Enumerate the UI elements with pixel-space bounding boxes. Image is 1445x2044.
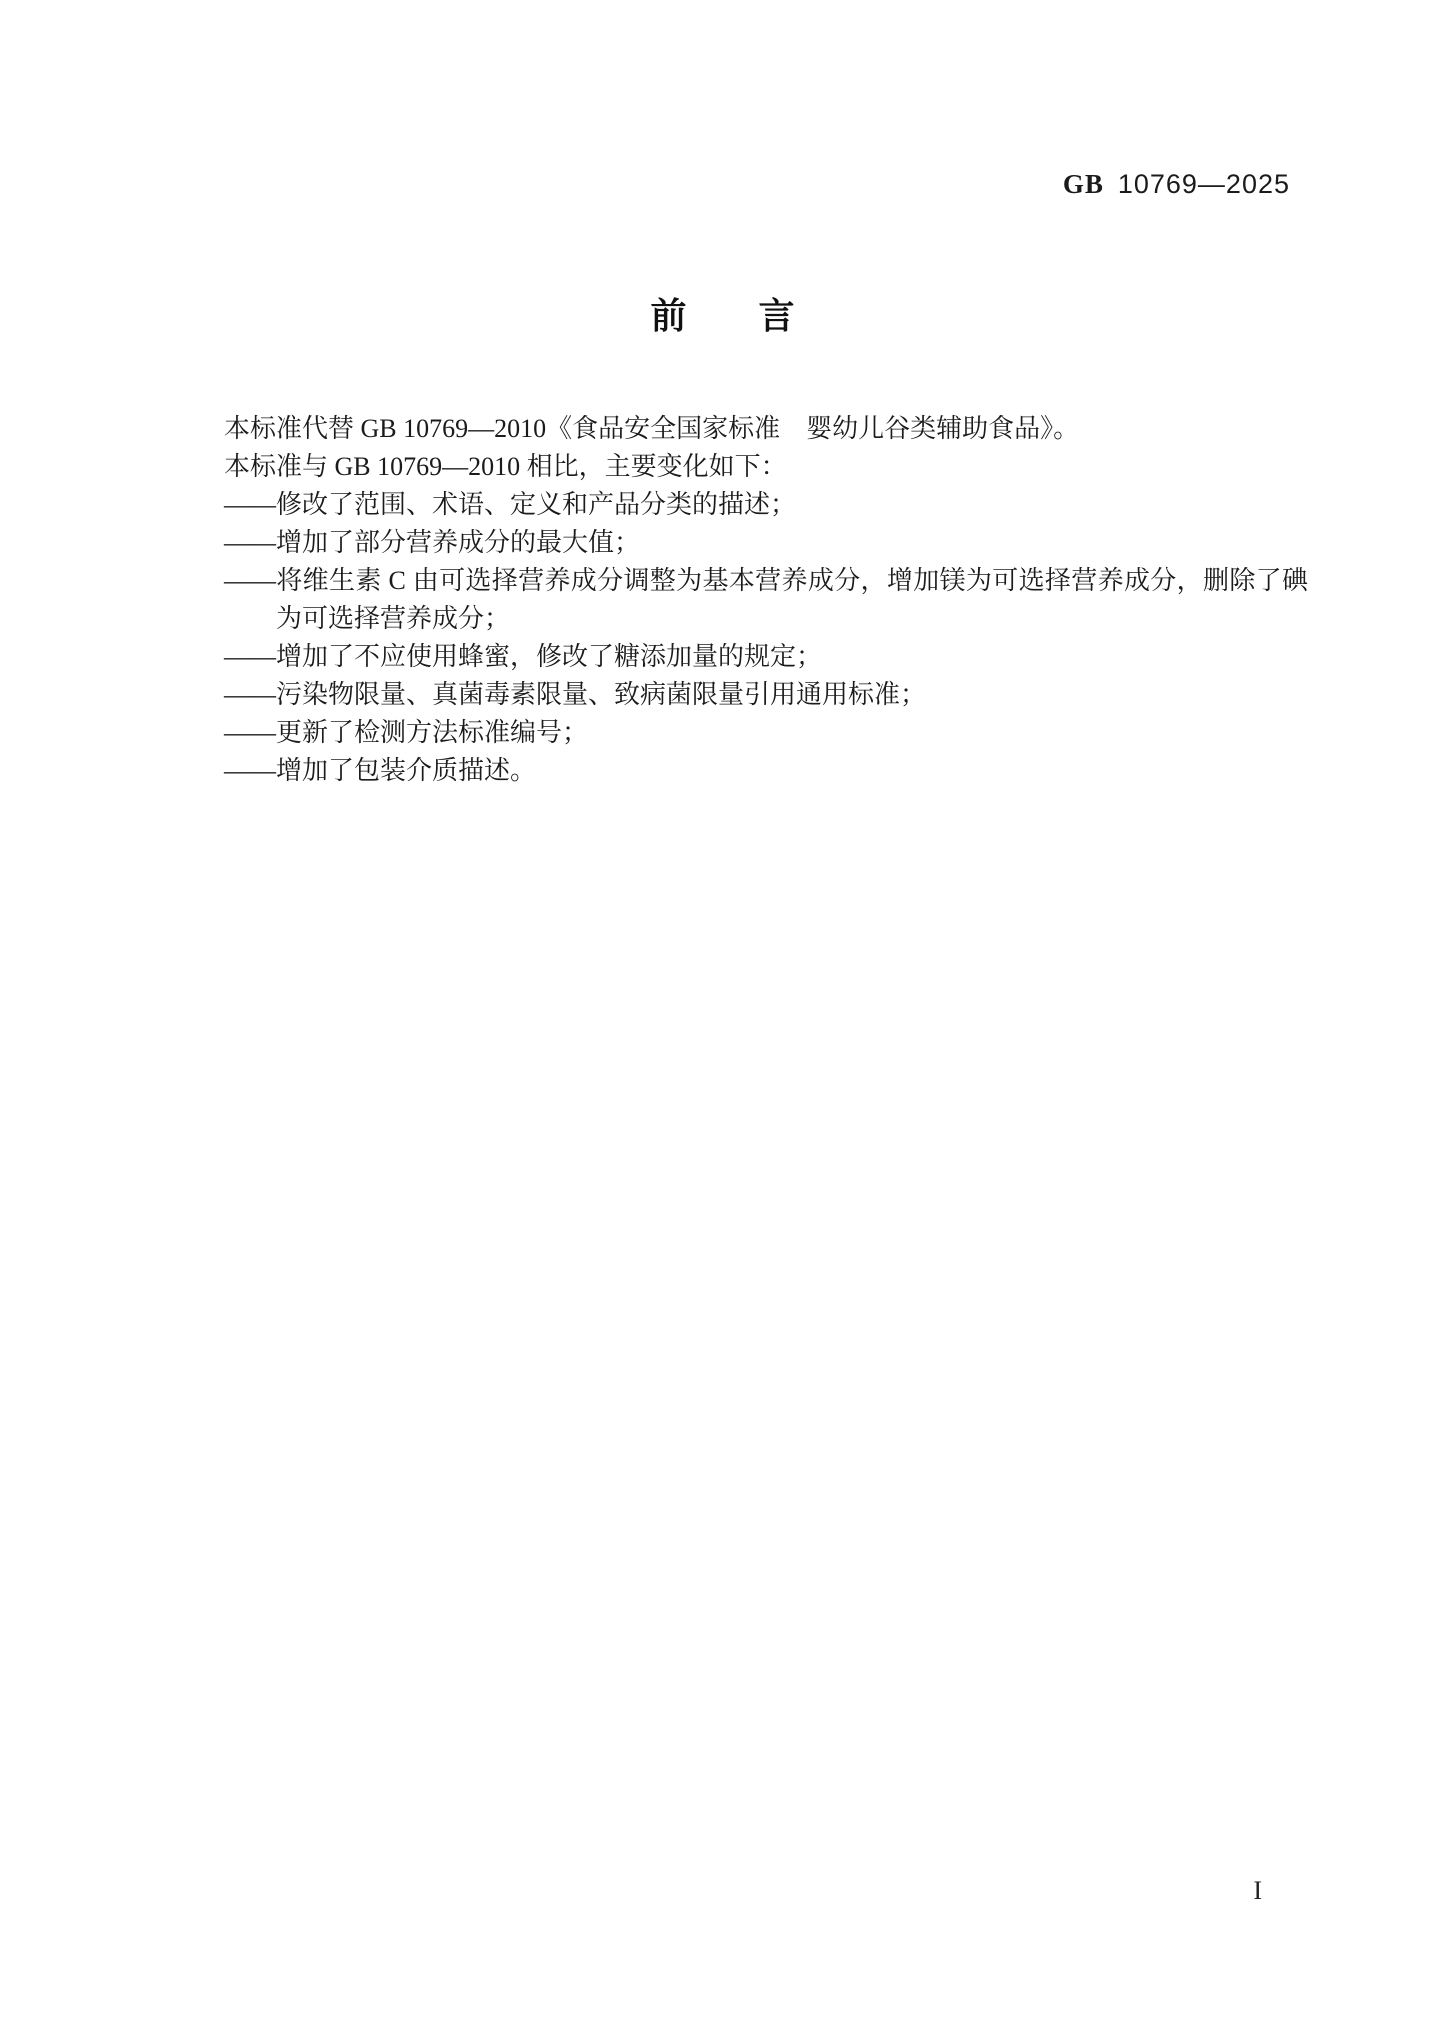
page-title: 前 言 [0, 296, 1445, 336]
change-item: ——增加了部分营养成分的最大值； [172, 524, 1308, 562]
change-item: ——修改了范围、术语、定义和产品分类的描述； [172, 486, 1308, 524]
standard-number: GB10769—2025 [1063, 170, 1290, 198]
change-item: ——污染物限量、真菌毒素限量、致病菌限量引用通用标准； [172, 676, 1308, 714]
page-number: I [1253, 1878, 1262, 1904]
intro-paragraph: 本标准代替 GB 10769—2010《食品安全国家标准 婴幼儿谷类辅助食品》。 [172, 410, 1308, 448]
document-page: GB10769—2025 前 言 本标准代替 GB 10769—2010《食品安… [0, 0, 1445, 2044]
change-item: ——更新了检测方法标准编号； [172, 714, 1308, 752]
change-item: ——将维生素 C 由可选择营养成分调整为基本营养成分，增加镁为可选择营养成分，删… [172, 562, 1308, 638]
standard-number-prefix: GB [1063, 169, 1104, 199]
change-item: ——增加了包装介质描述。 [172, 752, 1308, 790]
foreword-body: 本标准代替 GB 10769—2010《食品安全国家标准 婴幼儿谷类辅助食品》。… [172, 410, 1308, 790]
standard-number-code: 10769—2025 [1118, 169, 1290, 199]
intro-paragraph: 本标准与 GB 10769—2010 相比，主要变化如下： [172, 448, 1308, 486]
change-item: ——增加了不应使用蜂蜜，修改了糖添加量的规定； [172, 638, 1308, 676]
